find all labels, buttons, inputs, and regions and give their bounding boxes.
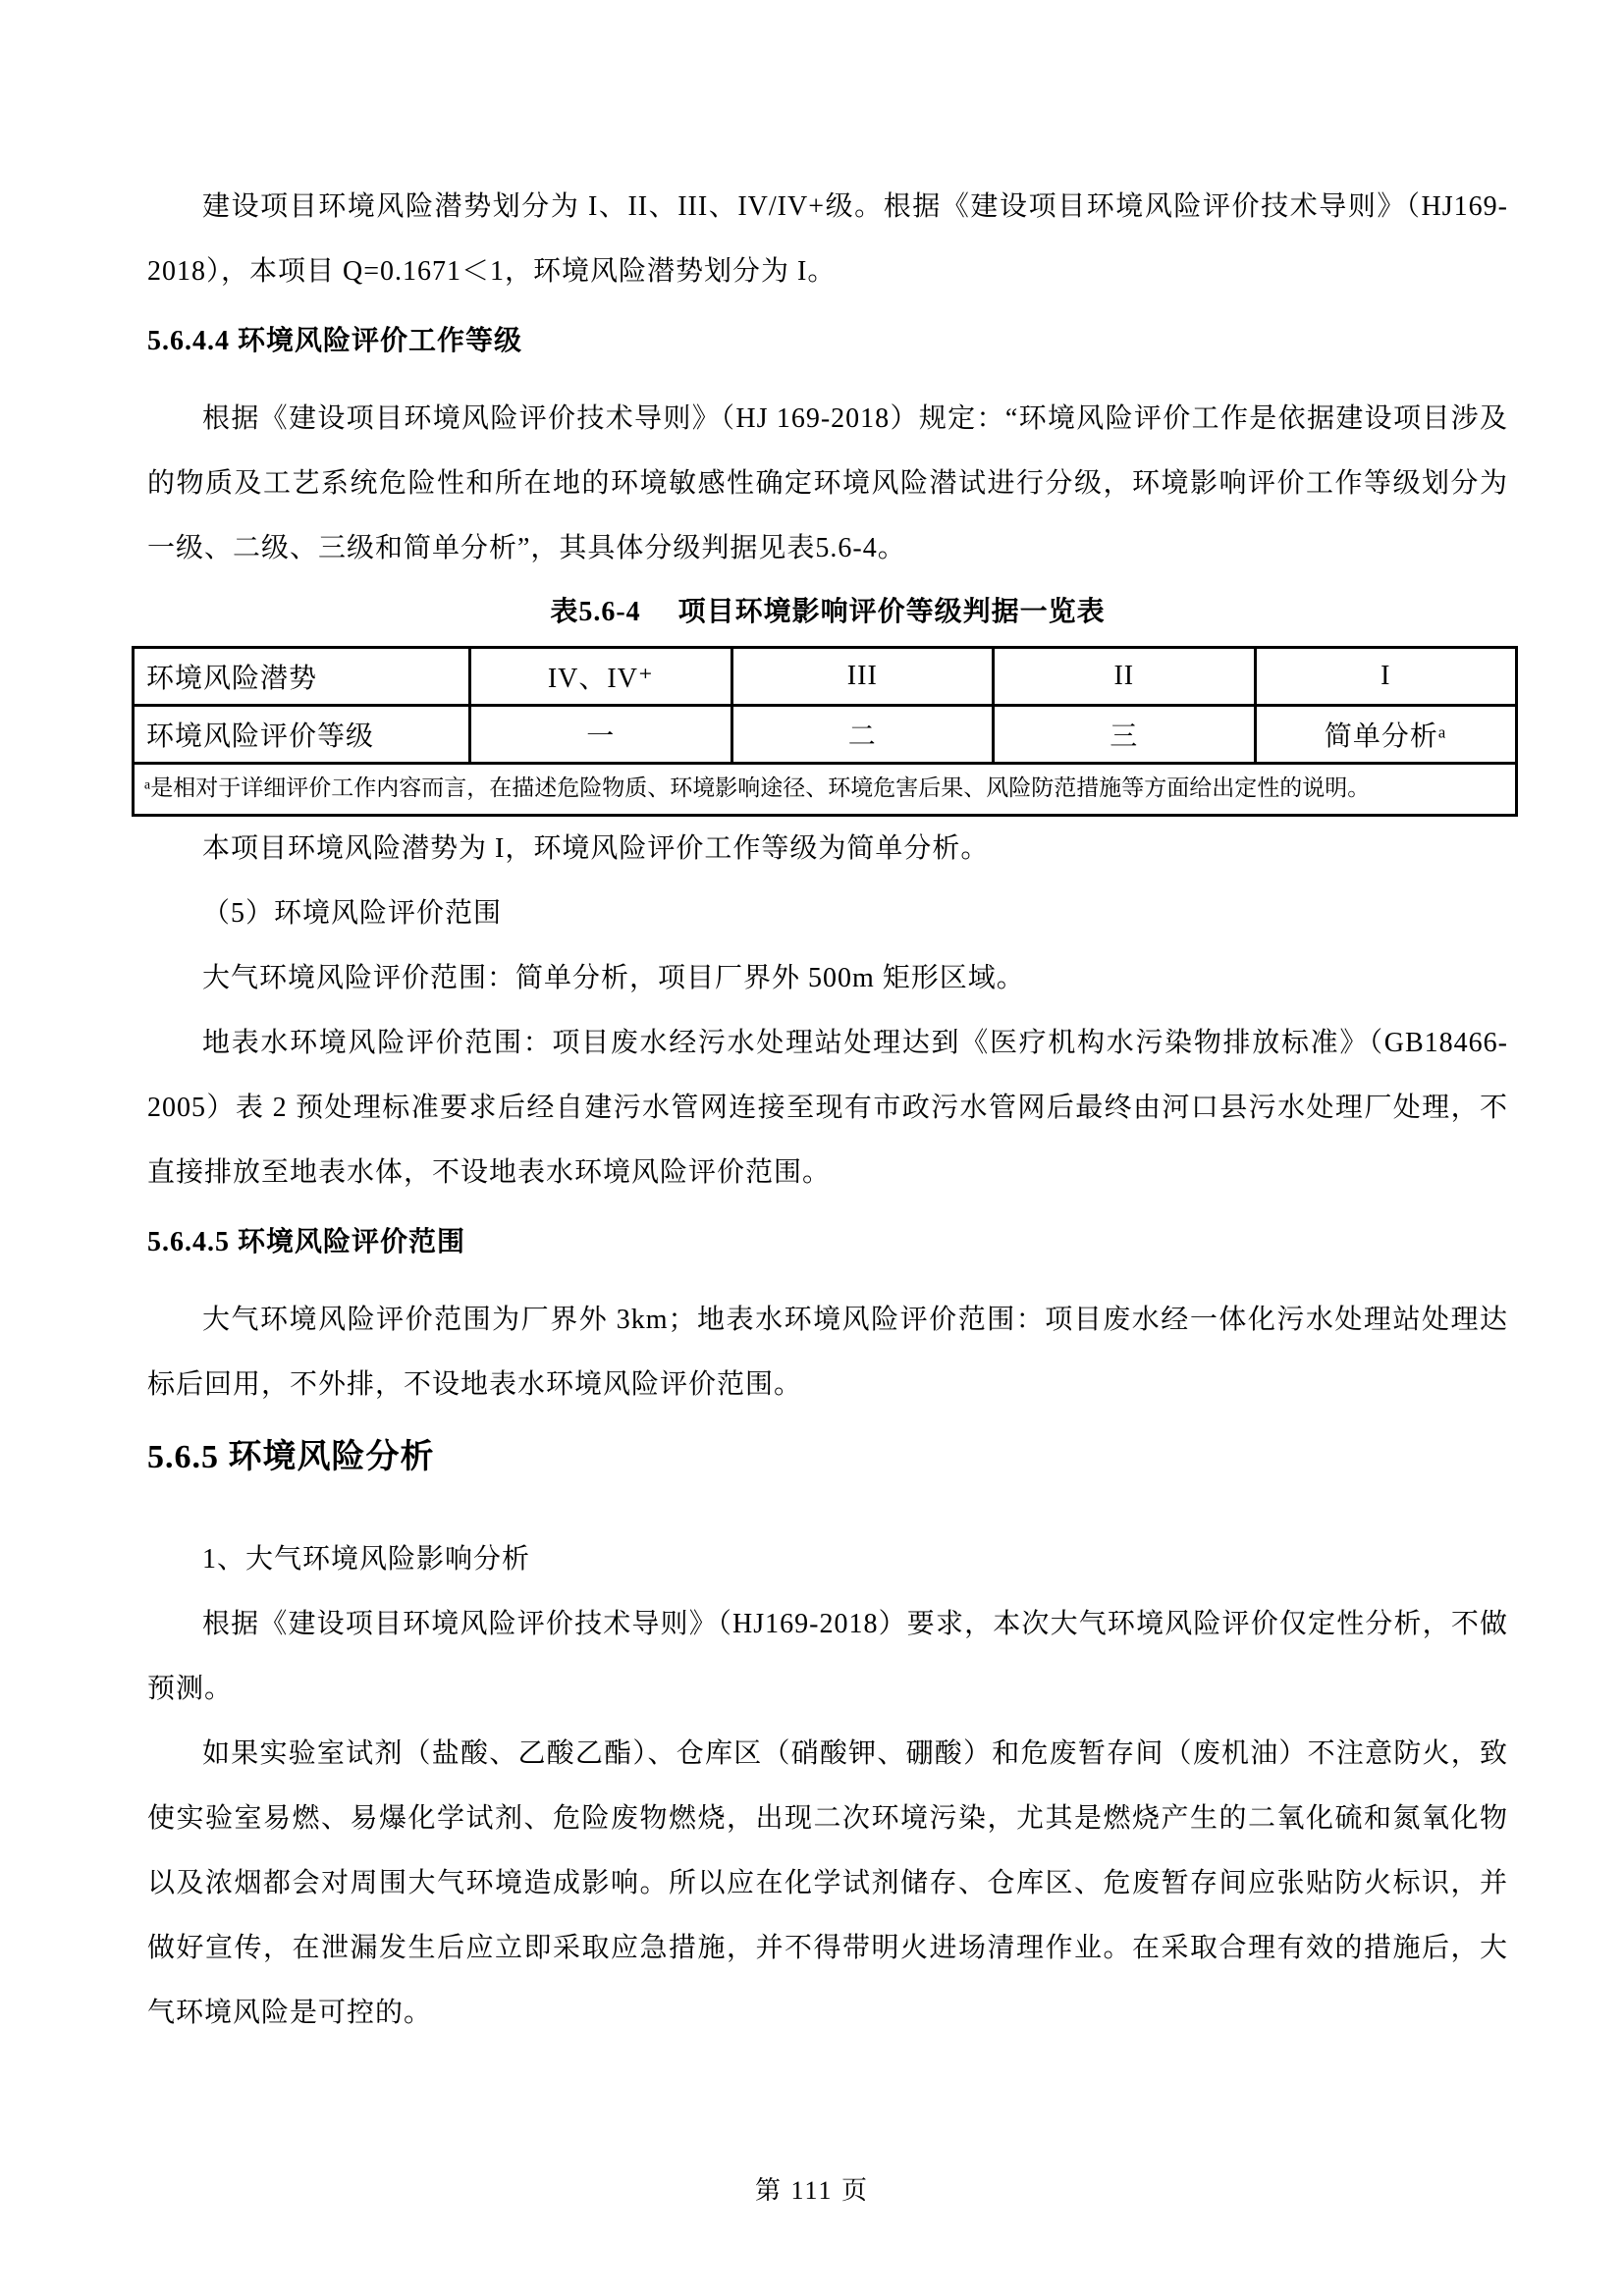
table-row-potential: 环境风险潜势 IV、IV⁺ III II I <box>134 648 1517 706</box>
table-cell: III <box>731 648 993 706</box>
table-cell: II <box>994 648 1255 706</box>
paragraph-air-risk-analysis: 如果实验室试剂（盐酸、乙酸乙酯）、仓库区（硝酸钾、硼酸）和危废暂存间（废机油）不… <box>147 1722 1508 2046</box>
heading-5-6-5: 5.6.5 环境风险分析 <box>147 1425 1508 1490</box>
paragraph-risk-potential-result: 建设项目环境风险潜势划分为 I、II、III、IV/IV+级。根据《建设项目环境… <box>147 175 1508 304</box>
table-caption: 表5.6-4项目环境影响评价等级判据一览表 <box>147 585 1508 640</box>
table-footnote: ᵃ是相对于详细评价工作内容而言，在描述危险物质、环境影响途径、环境危害后果、风险… <box>134 764 1517 816</box>
table-cell: I <box>1255 648 1516 706</box>
grade-criteria-table: 环境风险潜势 IV、IV⁺ III II I 环境风险评价等级 一 二 三 简单… <box>132 646 1518 817</box>
paragraph-air-scope: 大气环境风险评价范围：简单分析，项目厂界外 500m 矩形区域。 <box>147 946 1508 1011</box>
table-cell: 三 <box>994 706 1255 764</box>
table-cell: 环境风险评价等级 <box>134 706 470 764</box>
heading-5-6-4-5: 5.6.4.5 环境风险评价范围 <box>147 1213 1508 1272</box>
table-cell: 一 <box>470 706 731 764</box>
table-footnote-row: ᵃ是相对于详细评价工作内容而言，在描述危险物质、环境影响途径、环境危害后果、风险… <box>134 764 1517 816</box>
paragraph-scope-subtitle: （5）环境风险评价范围 <box>147 881 1508 946</box>
table-cell: 二 <box>731 706 993 764</box>
paragraph-air-risk-subtitle: 1、大气环境风险影响分析 <box>147 1527 1508 1592</box>
table-row-grade: 环境风险评价等级 一 二 三 简单分析ᵃ <box>134 706 1517 764</box>
paragraph-surface-water-scope: 地表水环境风险评价范围：项目废水经污水处理站处理达到《医疗机构水污染物排放标准》… <box>147 1011 1508 1205</box>
table-cell: IV、IV⁺ <box>470 648 731 706</box>
paragraph-grading-basis: 根据《建设项目环境风险评价技术导则》（HJ 169-2018）规定：“环境风险评… <box>147 387 1508 581</box>
table-cell: 简单分析ᵃ <box>1255 706 1516 764</box>
paragraph-project-grade: 本项目环境风险潜势为 I，环境风险评价工作等级为简单分析。 <box>147 817 1508 881</box>
paragraph-scope-summary: 大气环境风险评价范围为厂界外 3km；地表水环境风险评价范围：项目废水经一体化污… <box>147 1288 1508 1417</box>
table-caption-label: 表5.6-4 <box>550 597 640 627</box>
paragraph-air-risk-basis: 根据《建设项目环境风险评价技术导则》（HJ169-2018）要求，本次大气环境风… <box>147 1592 1508 1722</box>
table-caption-title: 项目环境影响评价等级判据一览表 <box>678 597 1106 627</box>
page-number: 第 111 页 <box>0 2171 1624 2211</box>
table-cell: 环境风险潜势 <box>134 648 470 706</box>
heading-5-6-4-4: 5.6.4.4 环境风险评价工作等级 <box>147 312 1508 371</box>
document-page: 建设项目环境风险潜势划分为 I、II、III、IV/IV+级。根据《建设项目环境… <box>0 0 1624 2296</box>
